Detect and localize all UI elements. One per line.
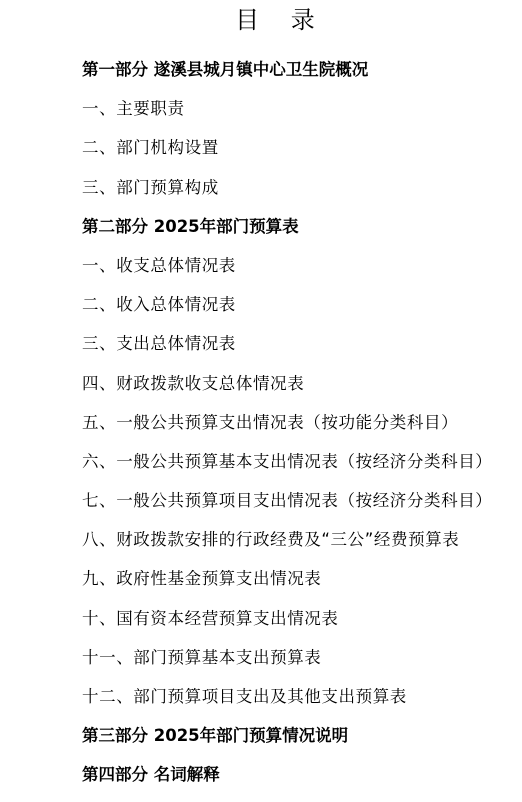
document-page: 目 录 第一部分 遂溪县城月镇中心卫生院概况 一、主要职责 二、部门机构设置 三… — [0, 0, 522, 802]
toc-item-table-12[interactable]: 十二、部门预算项目支出及其他支出预算表 — [82, 684, 492, 723]
toc-part-3[interactable]: 第三部分 2025年部门预算情况说明 — [82, 723, 492, 762]
toc-item-table-5[interactable]: 五、一般公共预算支出情况表（按功能分类科目） — [82, 410, 492, 449]
toc-item-table-4[interactable]: 四、财政拨款收支总体情况表 — [82, 371, 492, 410]
toc-item-table-9[interactable]: 九、政府性基金预算支出情况表 — [82, 566, 492, 605]
toc-item-table-3[interactable]: 三、支出总体情况表 — [82, 331, 492, 370]
toc-item-table-11[interactable]: 十一、部门预算基本支出预算表 — [82, 645, 492, 684]
toc-item-table-1[interactable]: 一、收支总体情况表 — [82, 253, 492, 292]
toc-item-org-structure[interactable]: 二、部门机构设置 — [82, 135, 492, 174]
toc-item-table-10[interactable]: 十、国有资本经营预算支出情况表 — [82, 606, 492, 645]
toc-item-table-2[interactable]: 二、收入总体情况表 — [82, 292, 492, 331]
toc-item-budget-composition[interactable]: 三、部门预算构成 — [82, 175, 492, 214]
toc-item-table-7[interactable]: 七、一般公共预算项目支出情况表（按经济分类科目） — [82, 488, 492, 527]
toc-item-main-duties[interactable]: 一、主要职责 — [82, 96, 492, 135]
toc-item-table-8[interactable]: 八、财政拨款安排的行政经费及“三公”经费预算表 — [82, 527, 492, 566]
toc-part-1[interactable]: 第一部分 遂溪县城月镇中心卫生院概况 — [82, 57, 492, 96]
toc-part-2[interactable]: 第二部分 2025年部门预算表 — [82, 214, 492, 253]
toc-title: 目 录 — [0, 4, 522, 36]
toc-part-4[interactable]: 第四部分 名词解释 — [82, 762, 492, 801]
table-of-contents: 第一部分 遂溪县城月镇中心卫生院概况 一、主要职责 二、部门机构设置 三、部门预… — [82, 57, 492, 802]
toc-item-table-6[interactable]: 六、一般公共预算基本支出情况表（按经济分类科目） — [82, 449, 492, 488]
